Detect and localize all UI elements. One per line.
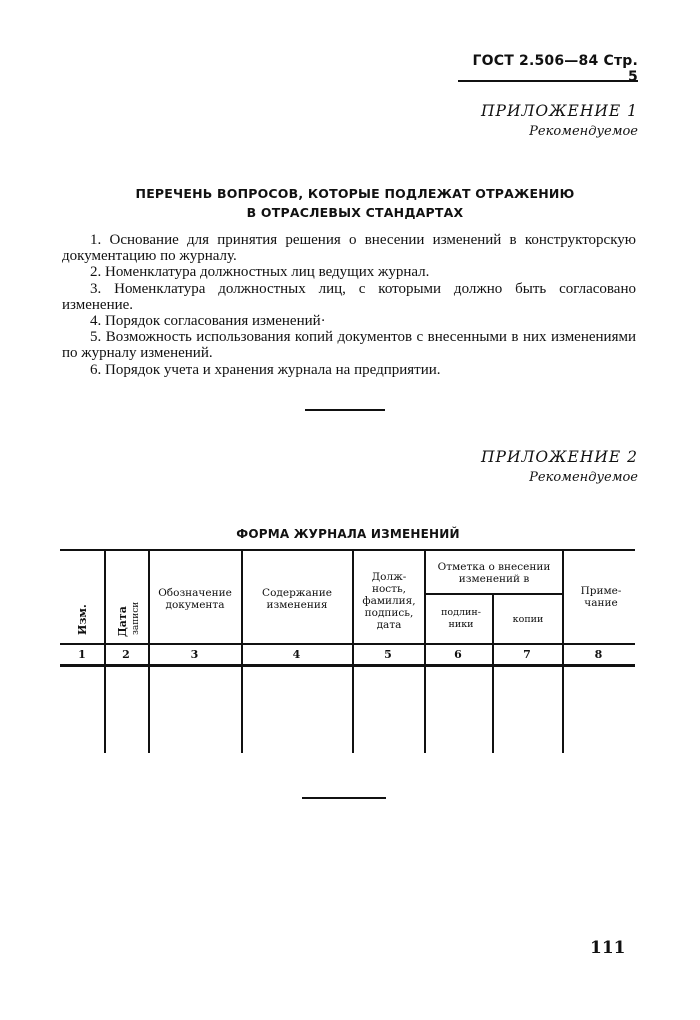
appendix-2-status: Рекомендуемое [529, 470, 638, 485]
column-header-1: Изм. [76, 604, 89, 635]
table-title: ФОРМА ЖУРНАЛА ИЗМЕНЕНИЙ [60, 527, 636, 541]
numbers-bottom-rule [60, 664, 635, 667]
column-header-3: Обозначение документа [149, 587, 241, 611]
column-number-1: 1 [60, 648, 104, 661]
section-divider [302, 797, 386, 799]
header-bottom-rule [60, 643, 635, 645]
column-group-header: Отметка о внесении изменений в [428, 561, 560, 585]
column-number-6: 6 [424, 648, 492, 661]
list-item: 5. Возможность использования копий докум… [62, 329, 636, 361]
page-number: 111 [590, 938, 626, 958]
appendix-1-status: Рекомендуемое [529, 124, 638, 139]
table-top-rule [60, 549, 635, 551]
section-divider [305, 409, 385, 411]
appendix-1-title: ПРИЛОЖЕНИЕ 1 [481, 102, 638, 120]
list-item: 4. Порядок согласования изменений· [62, 313, 636, 329]
column-header-2: Дата [116, 606, 129, 637]
appendix-1-heading: ПЕРЕЧЕНЬ ВОПРОСОВ, КОТОРЫЕ ПОДЛЕЖАТ ОТРА… [60, 184, 650, 222]
column-header-2-sub: записи [131, 602, 141, 635]
header-rule [458, 80, 638, 82]
appendix-2-title: ПРИЛОЖЕНИЕ 2 [481, 448, 638, 466]
list-item: 6. Порядок учета и хранения журнала на п… [62, 362, 636, 378]
column-number-8: 8 [562, 648, 635, 661]
column-header-7: копии [494, 614, 562, 626]
list-item: 2. Номенклатура должностных лиц ведущих … [62, 264, 636, 280]
column-header-8: Приме-чание [576, 585, 626, 609]
column-number-4: 4 [241, 648, 352, 661]
column-header-6: подлин-ники [432, 607, 490, 631]
column-number-5: 5 [352, 648, 424, 661]
column-header-5: Долж-ность, фамилия, подпись, дата [356, 571, 422, 631]
change-log-table: Изм. Дата записи Обозначение документа С… [60, 549, 635, 754]
column-header-4: Содержание изменения [256, 587, 338, 611]
list-item: 1. Основание для принятия решения о внес… [62, 232, 636, 264]
standard-number: ГОСТ 2.506—84 [473, 53, 599, 69]
column-number-7: 7 [492, 648, 562, 661]
appendix-1-heading-line-1: ПЕРЕЧЕНЬ ВОПРОСОВ, КОТОРЫЕ ПОДЛЕЖАТ ОТРА… [60, 184, 650, 203]
group-header-rule [425, 593, 562, 595]
appendix-1-list: 1. Основание для принятия решения о внес… [62, 232, 636, 378]
appendix-1-heading-line-2: В ОТРАСЛЕВЫХ СТАНДАРТАХ [60, 203, 650, 222]
list-item: 3. Номенклатура должностных лиц, с котор… [62, 281, 636, 313]
column-number-2: 2 [104, 648, 148, 661]
column-number-3: 3 [148, 648, 241, 661]
